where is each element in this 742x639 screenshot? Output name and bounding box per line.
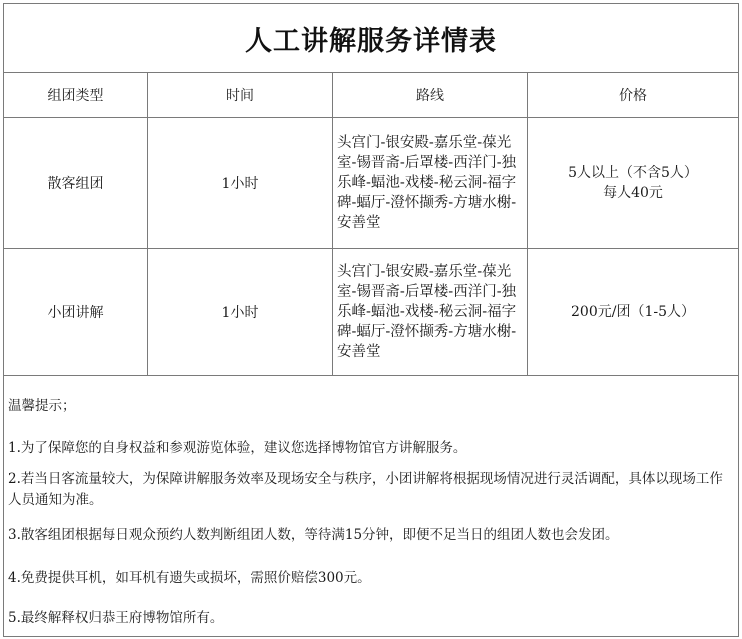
table-title: 人工讲解服务详情表 bbox=[4, 4, 739, 73]
price-line: 200元/团（1-5人） bbox=[528, 302, 738, 322]
group-type-cell: 小团讲解 bbox=[4, 249, 148, 376]
time-cell: 1小时 bbox=[148, 118, 333, 249]
price-cell: 200元/团（1-5人） bbox=[528, 249, 739, 376]
group-type-cell: 散客组团 bbox=[4, 118, 148, 249]
note-item: 4.免费提供耳机，如耳机有遗失或损坏，需照价赔偿300元。 bbox=[8, 566, 371, 586]
route-cell: 头宫门-银安殿-嘉乐堂-葆光室-锡晋斋-后罩楼-西洋门-独乐峰-蝠池-戏楼-秘云… bbox=[333, 118, 528, 249]
note-item: 1.为了保障您的自身权益和参观游览体验，建议您选择博物馆官方讲解服务。 bbox=[8, 436, 466, 456]
table-row: 小团讲解 1小时 头宫门-银安殿-嘉乐堂-葆光室-锡晋斋-后罩楼-西洋门-独乐峰… bbox=[4, 249, 739, 376]
route-cell: 头宫门-银安殿-嘉乐堂-葆光室-锡晋斋-后罩楼-西洋门-独乐峰-蝠池-戏楼-秘云… bbox=[333, 249, 528, 376]
price-line: 每人40元 bbox=[528, 183, 738, 203]
header-price: 价格 bbox=[528, 73, 739, 118]
time-cell: 1小时 bbox=[148, 249, 333, 376]
header-time: 时间 bbox=[148, 73, 333, 118]
header-route: 路线 bbox=[333, 73, 528, 118]
notes-heading: 温馨提示； bbox=[8, 394, 76, 414]
note-item: 3.散客组团根据每日观众预约人数判断组团人数，等待满15分钟，即便不足当日的组团… bbox=[8, 523, 619, 543]
price-line: 5人以上（不含5人） bbox=[528, 163, 738, 183]
note-item: 5.最终解释权归恭王府博物馆所有。 bbox=[8, 606, 223, 626]
price-cell: 5人以上（不含5人） 每人40元 bbox=[528, 118, 739, 249]
notes-section: 温馨提示； 1.为了保障您的自身权益和参观游览体验，建议您选择博物馆官方讲解服务… bbox=[4, 376, 739, 637]
header-group-type: 组团类型 bbox=[4, 73, 148, 118]
note-item: 2.若当日客流量较大，为保障讲解服务效率及现场安全与秩序，小团讲解将根据现场情况… bbox=[8, 469, 728, 511]
table-row: 散客组团 1小时 头宫门-银安殿-嘉乐堂-葆光室-锡晋斋-后罩楼-西洋门-独乐峰… bbox=[4, 118, 739, 249]
service-detail-table: 人工讲解服务详情表 组团类型 时间 路线 价格 散客组团 1小时 头宫门-银安殿… bbox=[3, 3, 739, 637]
